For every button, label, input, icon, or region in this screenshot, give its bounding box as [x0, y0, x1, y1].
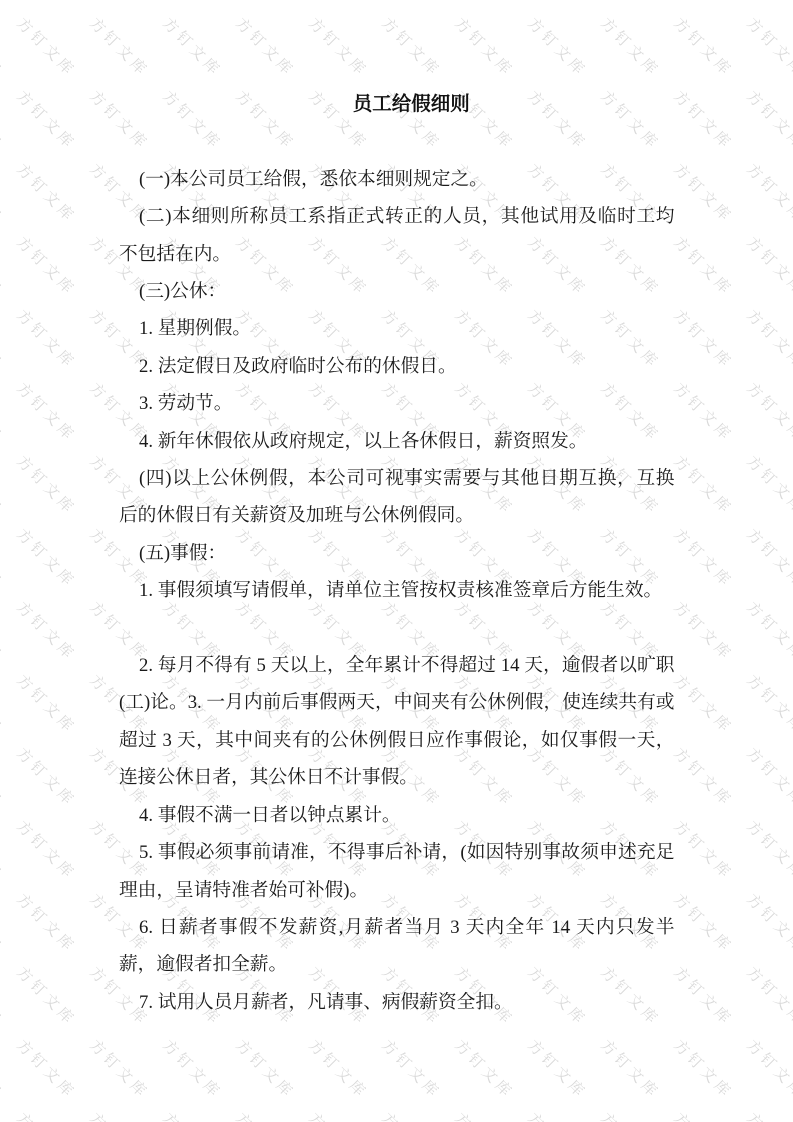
paragraph-8: (四)以上公休例假，本公司可视事实需要与其他日期互换，互换后的休假日有关薪资及加…	[119, 460, 675, 535]
paragraph-2: (二)本细则所称员工系指正式转正的人员，其他试用及临时工均不包括在内。	[119, 198, 675, 273]
paragraph-7: 4. 新年休假依从政府规定，以上各休假日，薪资照发。	[119, 423, 675, 460]
paragraph-5: 2. 法定假日及政府临时公布的休假日。	[119, 348, 675, 385]
document-content: 员工给假细则 (一)本公司员工给假，悉依本细则规定之。 (二)本细则所称员工系指…	[119, 86, 675, 1021]
document-title: 员工给假细则	[119, 86, 675, 123]
document-page: 方钉文库 员工给假细则 (一)本公司员工给假，悉依本细则规定之。 (二)本细则所…	[0, 0, 793, 1122]
paragraph-9: (五)事假：	[119, 535, 675, 572]
paragraph-15: 7. 试用人员月薪者，凡请事、病假薪资全扣。	[119, 984, 675, 1021]
paragraph-12: 4. 事假不满一日者以钟点累计。	[119, 797, 675, 834]
paragraph-6: 3. 劳动节。	[119, 385, 675, 422]
paragraph-4: 1. 星期例假。	[119, 310, 675, 347]
paragraph-11: 2. 每月不得有 5 天以上，全年累计不得超过 14 天，逾假者以旷职(工)论。…	[119, 647, 675, 797]
paragraph-1: (一)本公司员工给假，悉依本细则规定之。	[119, 161, 675, 198]
paragraph-14: 6. 日薪者事假不发薪资,月薪者当月 3 天内全年 14 天内只发半薪，逾假者扣…	[119, 909, 675, 984]
paragraph-13: 5. 事假必须事前请准，不得事后补请，(如因特别事故须申述充足理由，呈请特准者始…	[119, 834, 675, 909]
blank-line	[119, 610, 675, 647]
paragraph-3: (三)公休：	[119, 273, 675, 310]
paragraph-10: 1. 事假须填写请假单，请单位主管按权责核准签章后方能生效。	[119, 572, 675, 609]
